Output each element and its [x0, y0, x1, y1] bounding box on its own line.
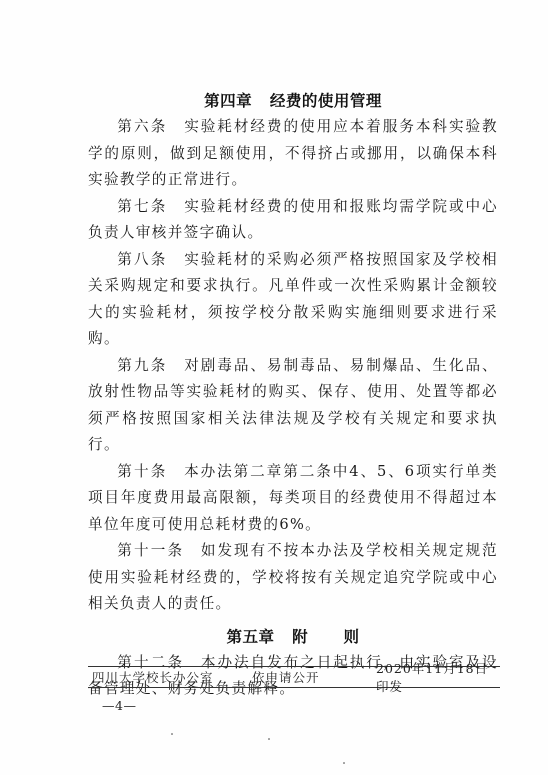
issuance-footer: 四川大学校长办公室 依申请公开 2020年11月18日印发 — [88, 666, 500, 688]
scan-speck — [171, 733, 173, 735]
article-label: 第十一条 — [117, 542, 184, 559]
article-7: 第七条实验耗材经费的使用和报账均需学院或中心负责人审核并签字确认。 — [88, 194, 498, 247]
article-label: 第八条 — [117, 251, 167, 268]
article-label: 第九条 — [117, 357, 167, 374]
article-8: 第八条实验耗材的采购必须严格按照国家及学校相关采购规定和要求执行。凡单件或一次性… — [88, 247, 498, 353]
article-label: 第七条 — [117, 198, 167, 215]
document-page: 第四章 经费的使用管理 第六条实验耗材经费的使用应本着服务本科实验教学的原则，做… — [0, 0, 548, 775]
article-6: 第六条实验耗材经费的使用应本着服务本科实验教学的原则，做到足额使用，不得挤占或挪… — [88, 114, 498, 194]
chapter-4-title: 第四章 经费的使用管理 — [88, 88, 498, 114]
page-number: —4— — [102, 698, 136, 713]
scan-speck — [343, 762, 345, 764]
chapter-5-title: 第五章 附 则 — [88, 624, 498, 650]
footer-info-row: 四川大学校长办公室 依申请公开 2020年11月18日印发 — [88, 667, 500, 687]
article-label: 第十条 — [117, 463, 167, 480]
disclosure-type: 依申请公开 — [234, 668, 376, 686]
issuer-office: 四川大学校长办公室 — [92, 668, 234, 686]
document-body: 第四章 经费的使用管理 第六条实验耗材经费的使用应本着服务本科实验教学的原则，做… — [88, 88, 498, 703]
scan-speck — [195, 121, 197, 123]
article-10: 第十条本办法第二章第二条中4、5、6项实行单类项目年度费用最高限额，每类项目的经… — [88, 459, 498, 539]
article-9: 第九条对剧毒品、易制毒品、易制爆品、生化品、放射性物品等实验耗材的购买、保存、使… — [88, 353, 498, 459]
print-date: 2020年11月18日印发 — [376, 659, 500, 695]
scan-speck — [268, 738, 270, 740]
article-label: 第六条 — [117, 118, 167, 135]
article-11: 第十一条如发现有不按本办法及学校相关规定规范使用实验耗材经费的，学校将按有关规定… — [88, 538, 498, 618]
